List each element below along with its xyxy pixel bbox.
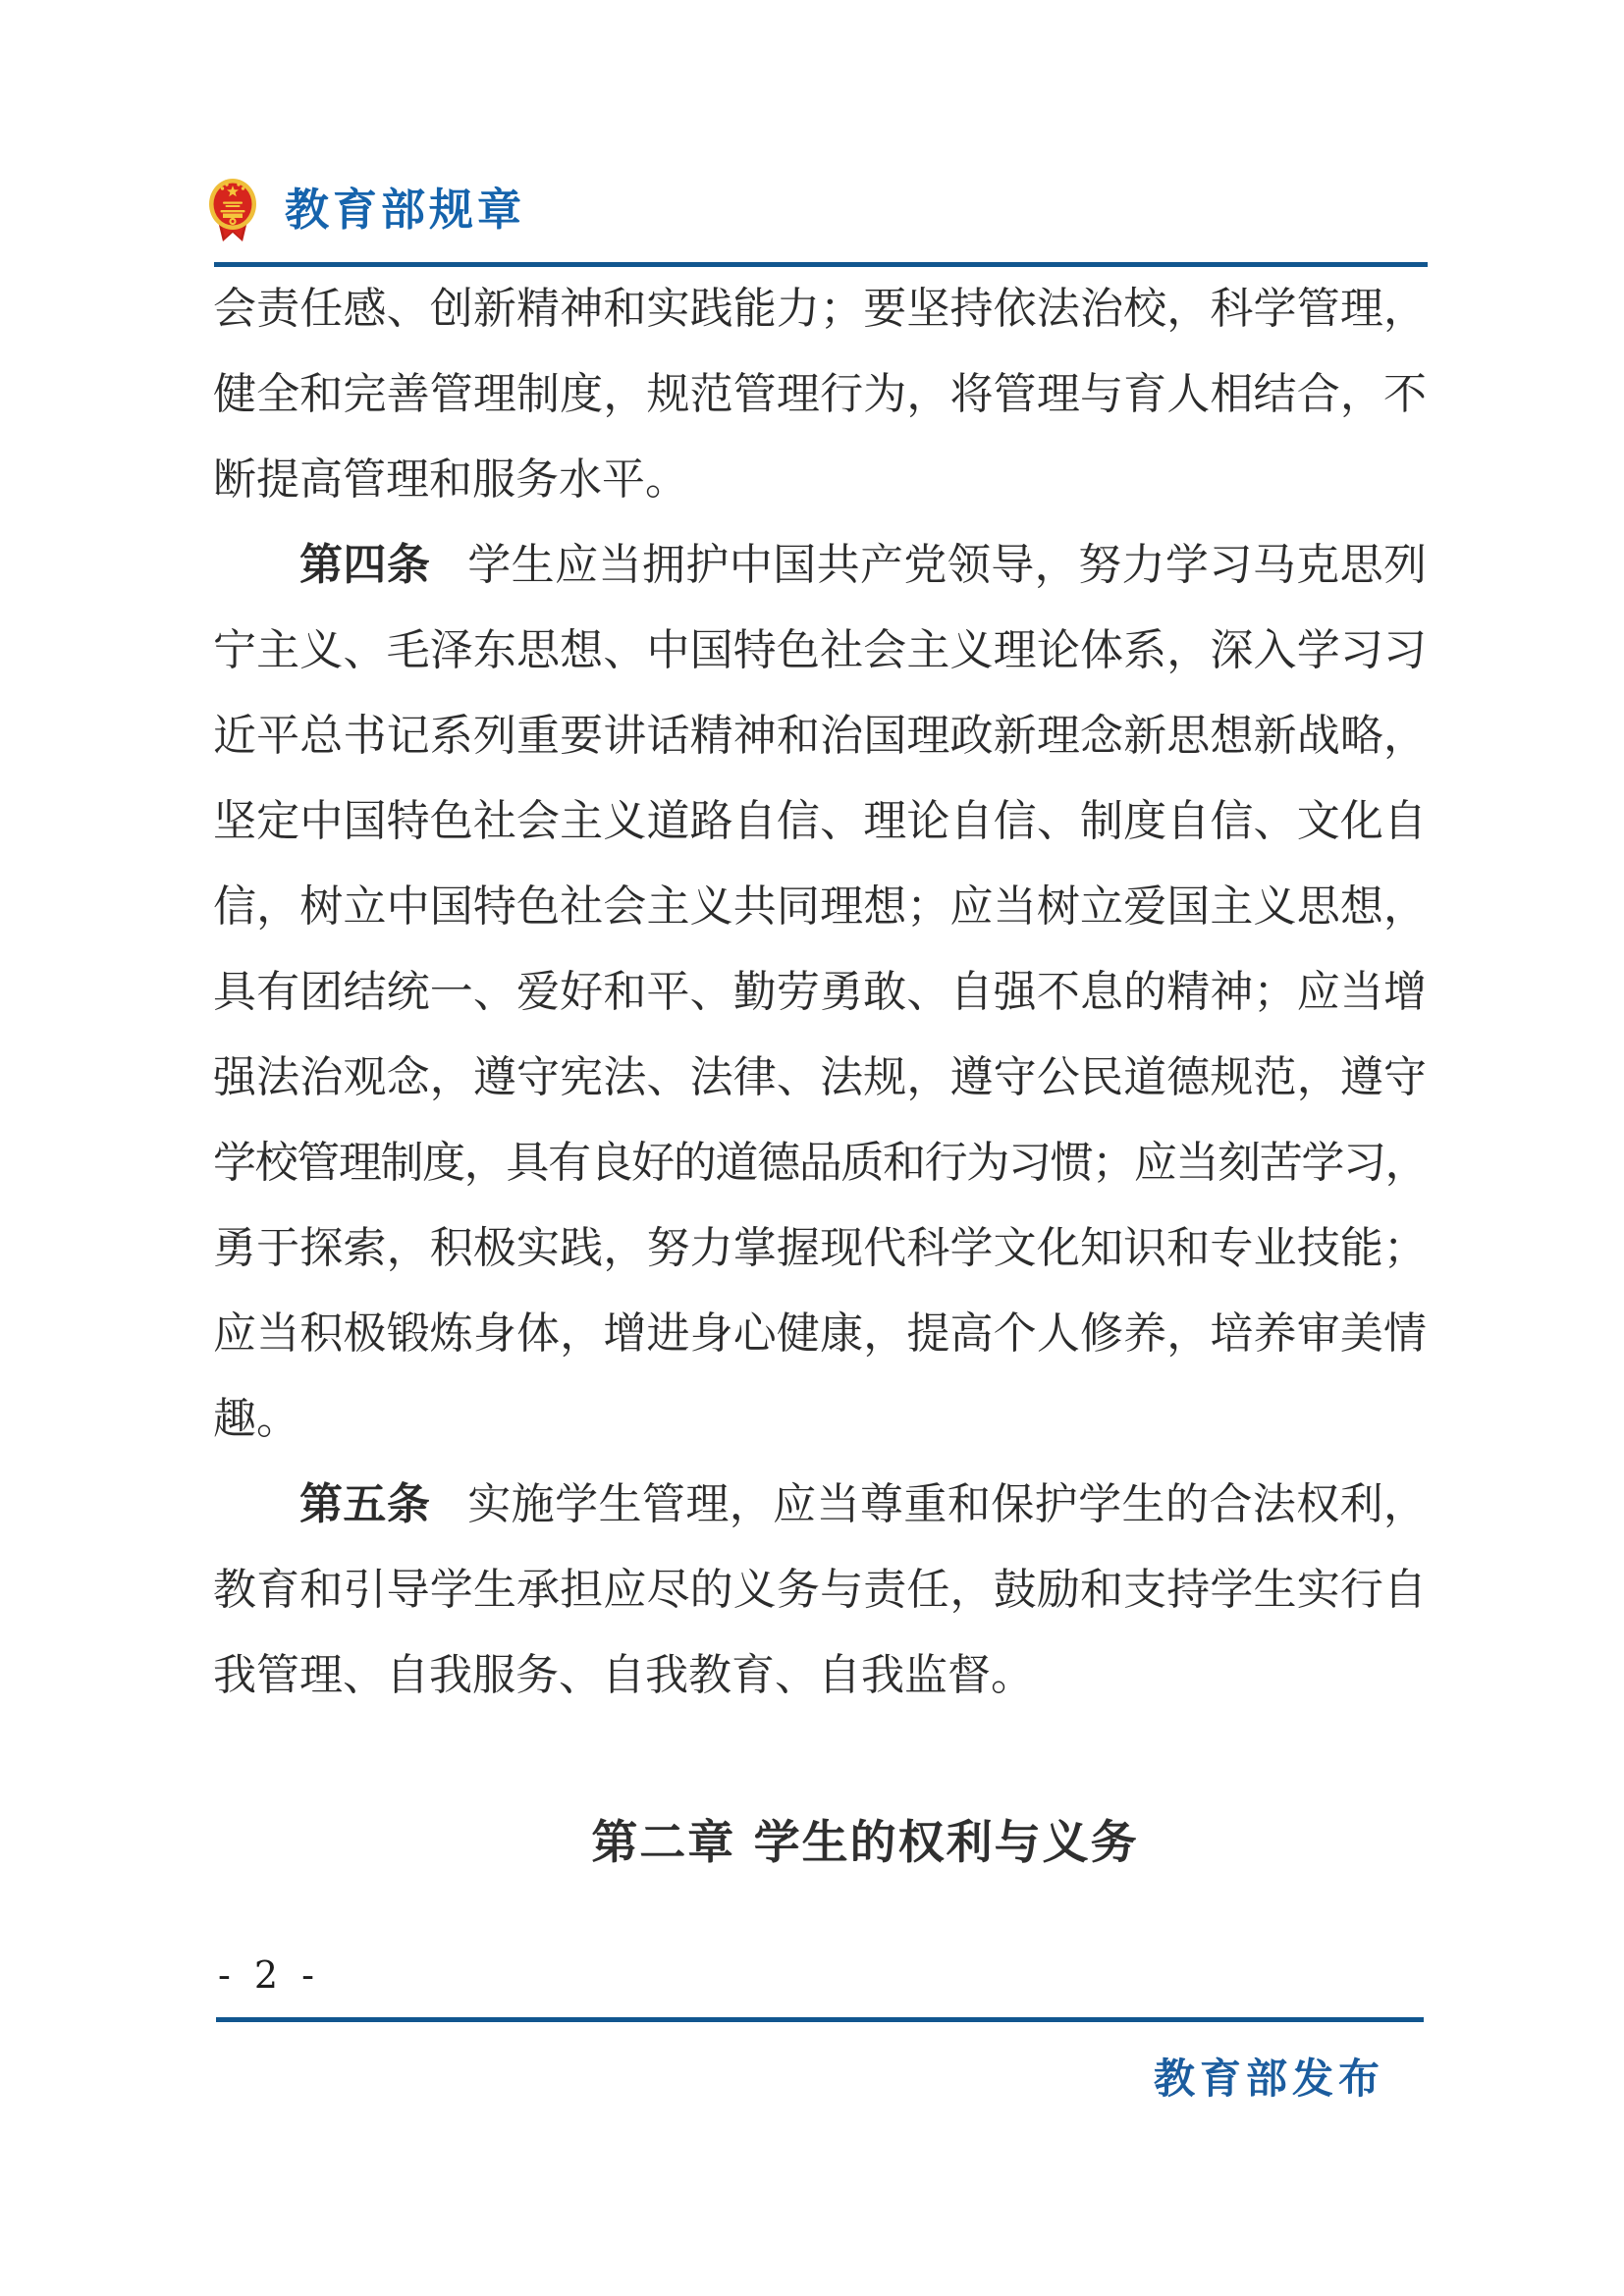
document-page: 教育部规章 会责任感、创新精神和实践能力；要坚持依法治校，科学管理，健全和完善管… <box>0 0 1624 2296</box>
footer-rule <box>216 2017 1424 2022</box>
line-text: 具有团结统一、爱好和平、勤劳勇敢、自强不息的精神；应当增 <box>213 967 1427 1017</box>
line-text: 信，树立中国特色社会主义共同理想；应当树立爱国主义思想， <box>213 881 1427 932</box>
text-line: 第四条学生应当拥护中国共产党领导，努力学习马克思列 <box>213 522 1427 608</box>
text-line: 应当积极锻炼身体，增进身心健康，提高个人修养，培养审美情 <box>213 1291 1427 1376</box>
text-line: 教育和引导学生承担应尽的义务与责任，鼓励和支持学生实行自 <box>213 1547 1427 1632</box>
china-national-emblem-icon <box>208 176 257 244</box>
line-text: 健全和完善管理制度，规范管理行为，将管理与育人相结合，不 <box>213 369 1427 419</box>
line-text: 断提高管理和服务水平。 <box>213 454 688 505</box>
line-text: 学生应当拥护中国共产党领导，努力学习马克思列 <box>467 540 1427 590</box>
page-number: - 2 - <box>218 1953 320 1997</box>
line-text: 我管理、自我服务、自我教育、自我监督。 <box>213 1650 1034 1700</box>
clause-number-label: 第五条 <box>299 1479 430 1529</box>
line-text: 坚定中国特色社会主义道路自信、理论自信、制度自信、文化自 <box>213 796 1427 846</box>
line-text: 会责任感、创新精神和实践能力；要坚持依法治校，科学管理， <box>213 284 1427 334</box>
body-text: 会责任感、创新精神和实践能力；要坚持依法治校，科学管理，健全和完善管理制度，规范… <box>213 266 1427 1718</box>
chapter-heading: 第二章 学生的权利与义务 <box>213 1811 1427 1876</box>
text-line: 学校管理制度，具有良好的道德品质和行为习惯；应当刻苦学习， <box>213 1120 1427 1205</box>
text-line: 近平总书记系列重要讲话精神和治国理政新理念新思想新战略， <box>213 693 1427 778</box>
text-line: 宁主义、毛泽东思想、中国特色社会主义理论体系，深入学习习 <box>213 608 1427 693</box>
text-line: 勇于探索，积极实践，努力掌握现代科学文化知识和专业技能； <box>213 1205 1427 1291</box>
text-line: 坚定中国特色社会主义道路自信、理论自信、制度自信、文化自 <box>213 778 1427 864</box>
text-line: 我管理、自我服务、自我教育、自我监督。 <box>213 1632 1427 1718</box>
footer-publisher: 教育部发布 <box>1154 2055 1384 2104</box>
line-text: 学校管理制度，具有良好的道德品质和行为习惯；应当刻苦学习， <box>213 1138 1427 1188</box>
line-text: 近平总书记系列重要讲话精神和治国理政新理念新思想新战略， <box>213 711 1427 761</box>
text-line: 趣。 <box>213 1376 1427 1462</box>
line-text: 宁主义、毛泽东思想、中国特色社会主义理论体系，深入学习习 <box>213 625 1427 675</box>
line-text: 教育和引导学生承担应尽的义务与责任，鼓励和支持学生实行自 <box>213 1565 1427 1615</box>
text-line: 健全和完善管理制度，规范管理行为，将管理与育人相结合，不 <box>213 351 1427 437</box>
header-title: 教育部规章 <box>285 183 525 238</box>
line-text: 实施学生管理，应当尊重和保护学生的合法权利， <box>467 1479 1427 1529</box>
text-line: 强法治观念，遵守宪法、法律、法规，遵守公民道德规范，遵守 <box>213 1035 1427 1120</box>
line-text: 趣。 <box>213 1394 299 1444</box>
text-line: 断提高管理和服务水平。 <box>213 437 1427 522</box>
text-line: 信，树立中国特色社会主义共同理想；应当树立爱国主义思想， <box>213 864 1427 949</box>
text-line: 第五条实施学生管理，应当尊重和保护学生的合法权利， <box>213 1462 1427 1547</box>
text-line: 会责任感、创新精神和实践能力；要坚持依法治校，科学管理， <box>213 266 1427 351</box>
line-text: 勇于探索，积极实践，努力掌握现代科学文化知识和专业技能； <box>213 1223 1427 1273</box>
line-text: 强法治观念，遵守宪法、法律、法规，遵守公民道德规范，遵守 <box>213 1052 1427 1102</box>
clause-number-label: 第四条 <box>299 540 430 590</box>
line-text: 应当积极锻炼身体，增进身心健康，提高个人修养，培养审美情 <box>213 1308 1427 1359</box>
text-line: 具有团结统一、爱好和平、勤劳勇敢、自强不息的精神；应当增 <box>213 949 1427 1035</box>
